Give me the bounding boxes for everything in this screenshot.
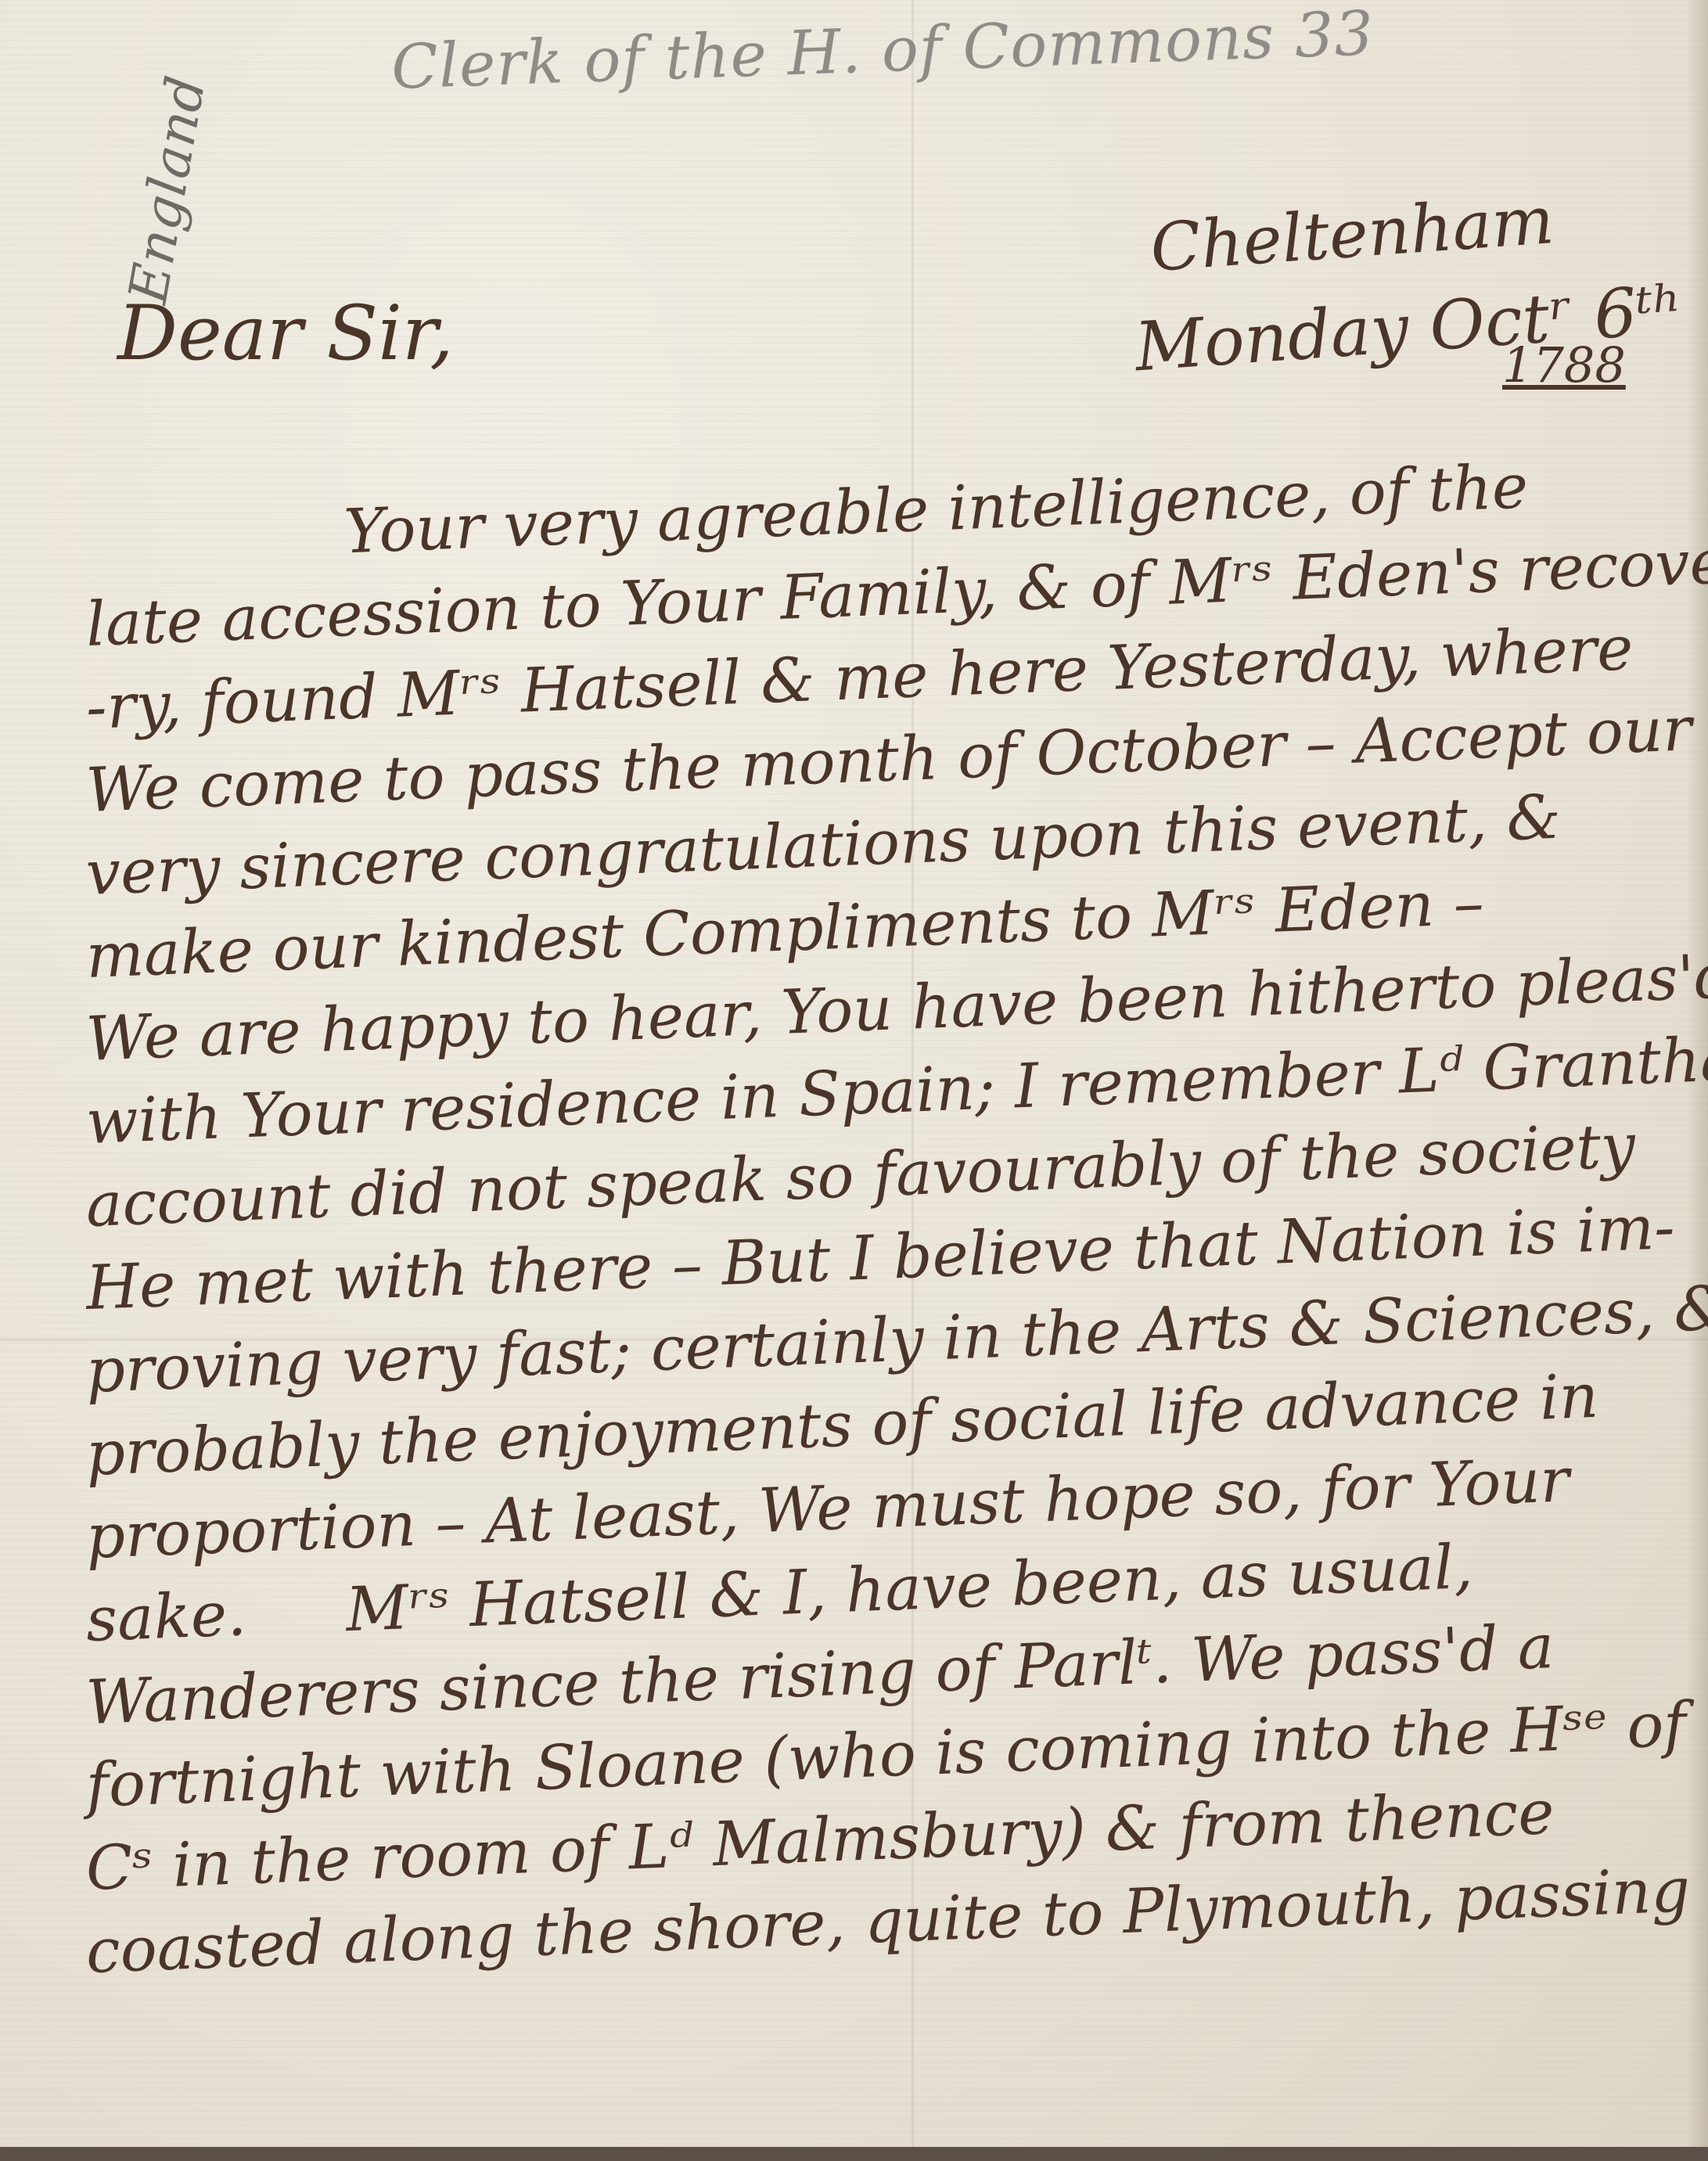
salutation: Dear Sir, xyxy=(117,289,454,377)
letter-page: Clerk of the H. of Commons 33 England Ch… xyxy=(0,0,1708,2161)
pencil-annotation-clerk: Clerk of the H. of Commons 33 xyxy=(390,0,1375,103)
letter-body: Your very agreable intelligence, of the … xyxy=(86,501,1651,1994)
letter-year: 1788 xyxy=(1502,336,1626,394)
margin-annotation-england: England xyxy=(117,71,218,308)
scan-bottom-edge xyxy=(0,2147,1708,2161)
letter-place: Cheltenham xyxy=(1148,182,1556,286)
